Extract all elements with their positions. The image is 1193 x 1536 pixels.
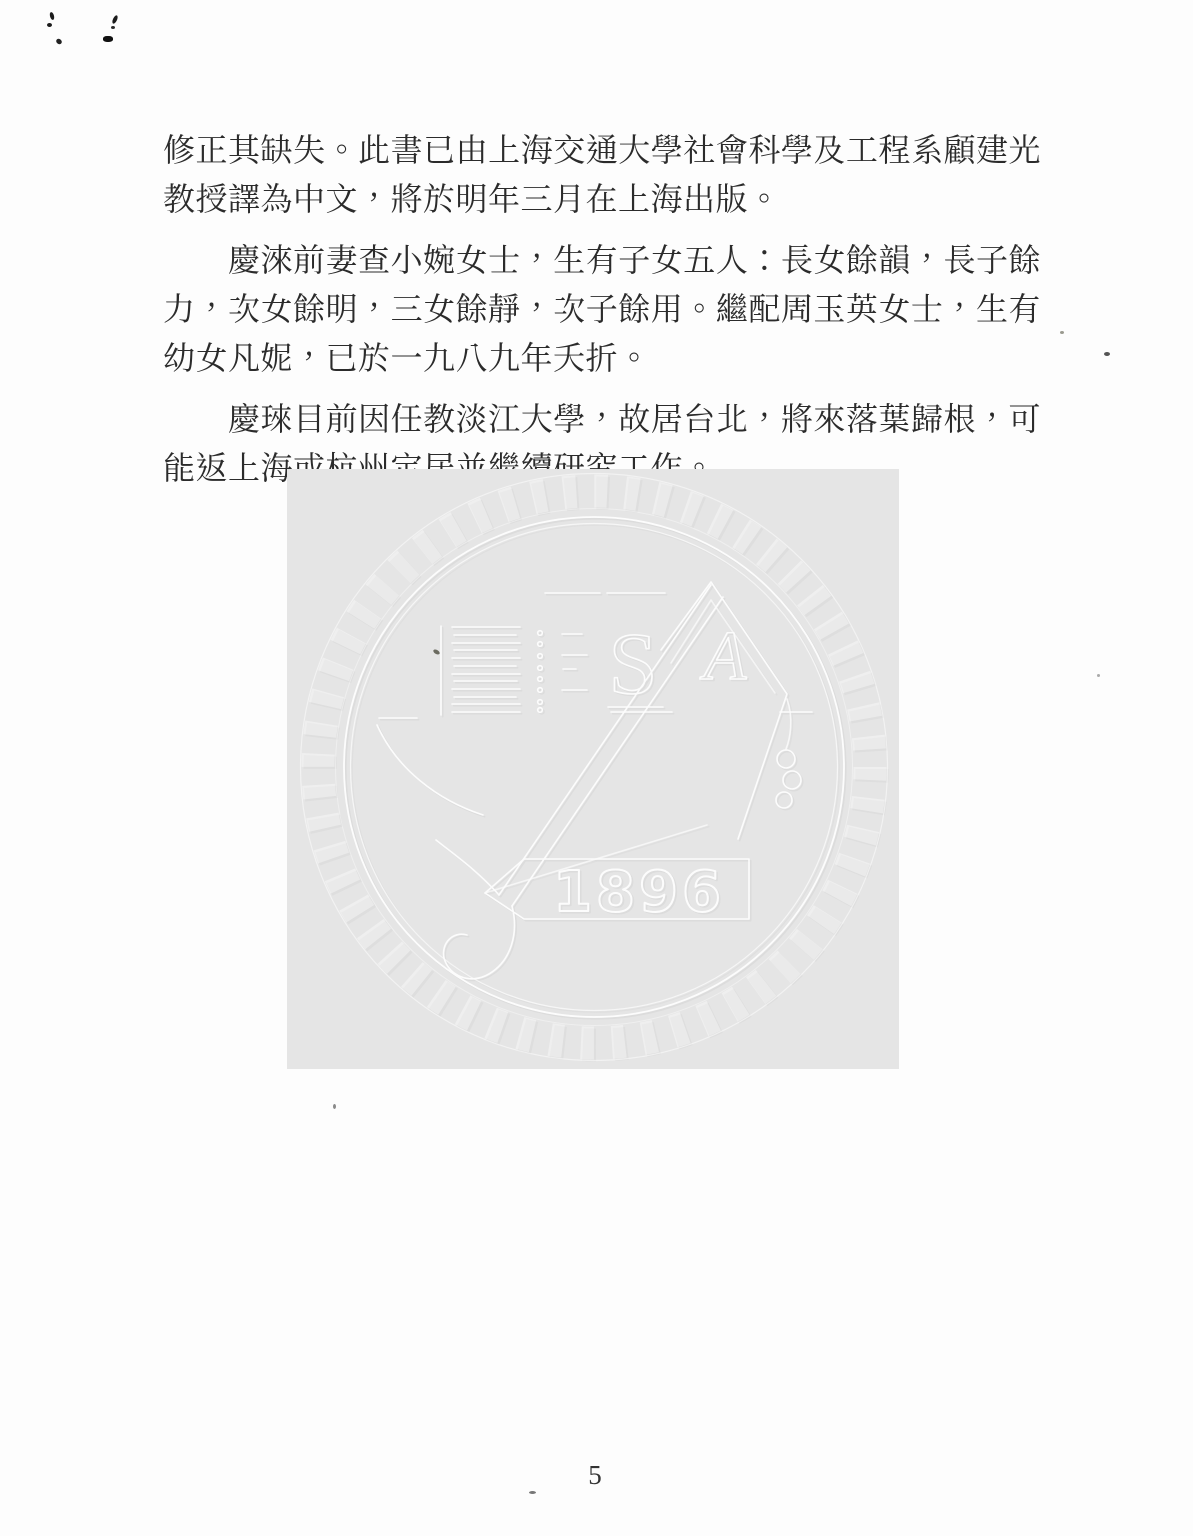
text-line: 力，次女餘明，三女餘靜，次子餘用。繼配周玉英女士，生有	[163, 285, 1041, 334]
ink-speck	[55, 38, 63, 46]
document-text-block: 修正其缺失。此書已由上海交通大學社會科學及工程系顧建光 教授譯為中文，將於明年三…	[163, 126, 1041, 493]
paragraph: 慶淶前妻查小婉女士，生有子女五人：長女餘韻，長子餘 力，次女餘明，三女餘靜，次子…	[163, 236, 1041, 383]
ink-speck	[47, 23, 52, 27]
ink-speck	[103, 36, 113, 42]
text-line: 慶琜目前因任教淡江大學，故居台北，將來落葉歸根，可	[163, 395, 1041, 444]
ink-speck	[1097, 674, 1100, 677]
text-line: 慶淶前妻查小婉女士，生有子女五人：長女餘韻，長子餘	[163, 236, 1041, 285]
scanned-document-page: 修正其缺失。此書已由上海交通大學社會科學及工程系顧建光 教授譯為中文，將於明年三…	[0, 0, 1193, 1536]
text-line: 教授譯為中文，將於明年三月在上海出版。	[163, 175, 1041, 224]
ink-speck	[111, 26, 115, 29]
ink-speck	[1104, 352, 1110, 356]
text-line: 幼女凡妮，已於一九八九年夭折。	[163, 334, 1041, 383]
paragraph: 修正其缺失。此書已由上海交通大學社會科學及工程系顧建光 教授譯為中文，將於明年三…	[163, 126, 1041, 224]
ink-speck	[49, 12, 55, 21]
ink-speck	[529, 1491, 536, 1494]
seal-graphic: S A 1896	[287, 469, 899, 1069]
ink-speck	[111, 15, 118, 25]
page-number: 5	[560, 1460, 630, 1491]
ink-speck	[333, 1104, 336, 1109]
ink-speck	[1060, 331, 1064, 334]
text-line: 修正其缺失。此書已由上海交通大學社會科學及工程系顧建光	[163, 126, 1041, 175]
embossed-seal-watermark: S A 1896	[287, 469, 899, 1069]
